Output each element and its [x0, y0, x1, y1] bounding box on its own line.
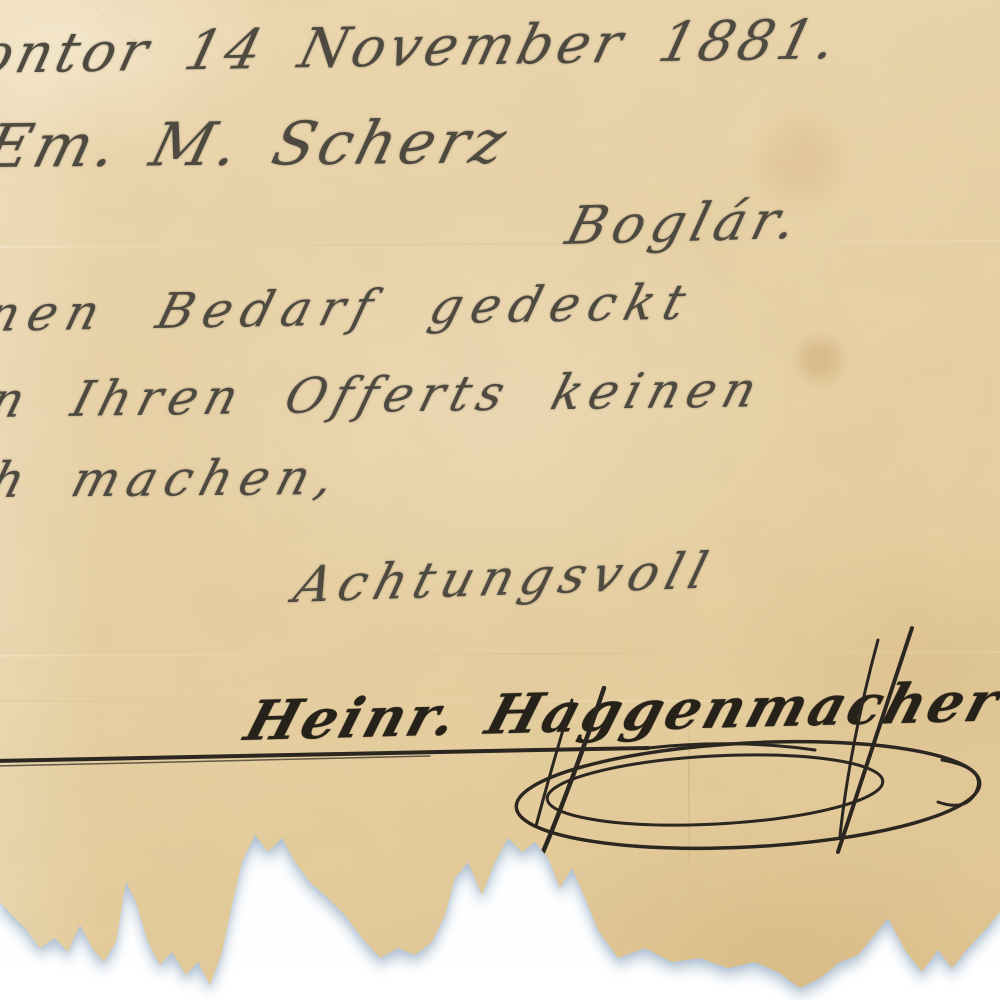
body-line: h machen,: [0, 449, 349, 509]
body-line: nen Bedarf gedeckt: [0, 274, 701, 343]
paper-crease: [0, 240, 1000, 248]
date-line: ontor 14 November 1881.: [0, 7, 847, 86]
paper-sheet: ontor 14 November 1881. Em. M. Scherz Bo…: [0, 0, 1000, 1000]
body-line: n Ihren Offerts keinen: [0, 361, 770, 429]
paper-shadow: ontor 14 November 1881. Em. M. Scherz Bo…: [0, 0, 1000, 1000]
closing-line: Achtungsvoll: [288, 542, 721, 614]
paper-crease: [0, 651, 1000, 656]
signature-line: Heinr. Haggenmacher: [238, 668, 1000, 753]
place-line: Boglár.: [560, 190, 809, 257]
letter-scan: ontor 14 November 1881. Em. M. Scherz Bo…: [0, 0, 1000, 1000]
recipient-line: Em. M. Scherz: [0, 107, 517, 182]
